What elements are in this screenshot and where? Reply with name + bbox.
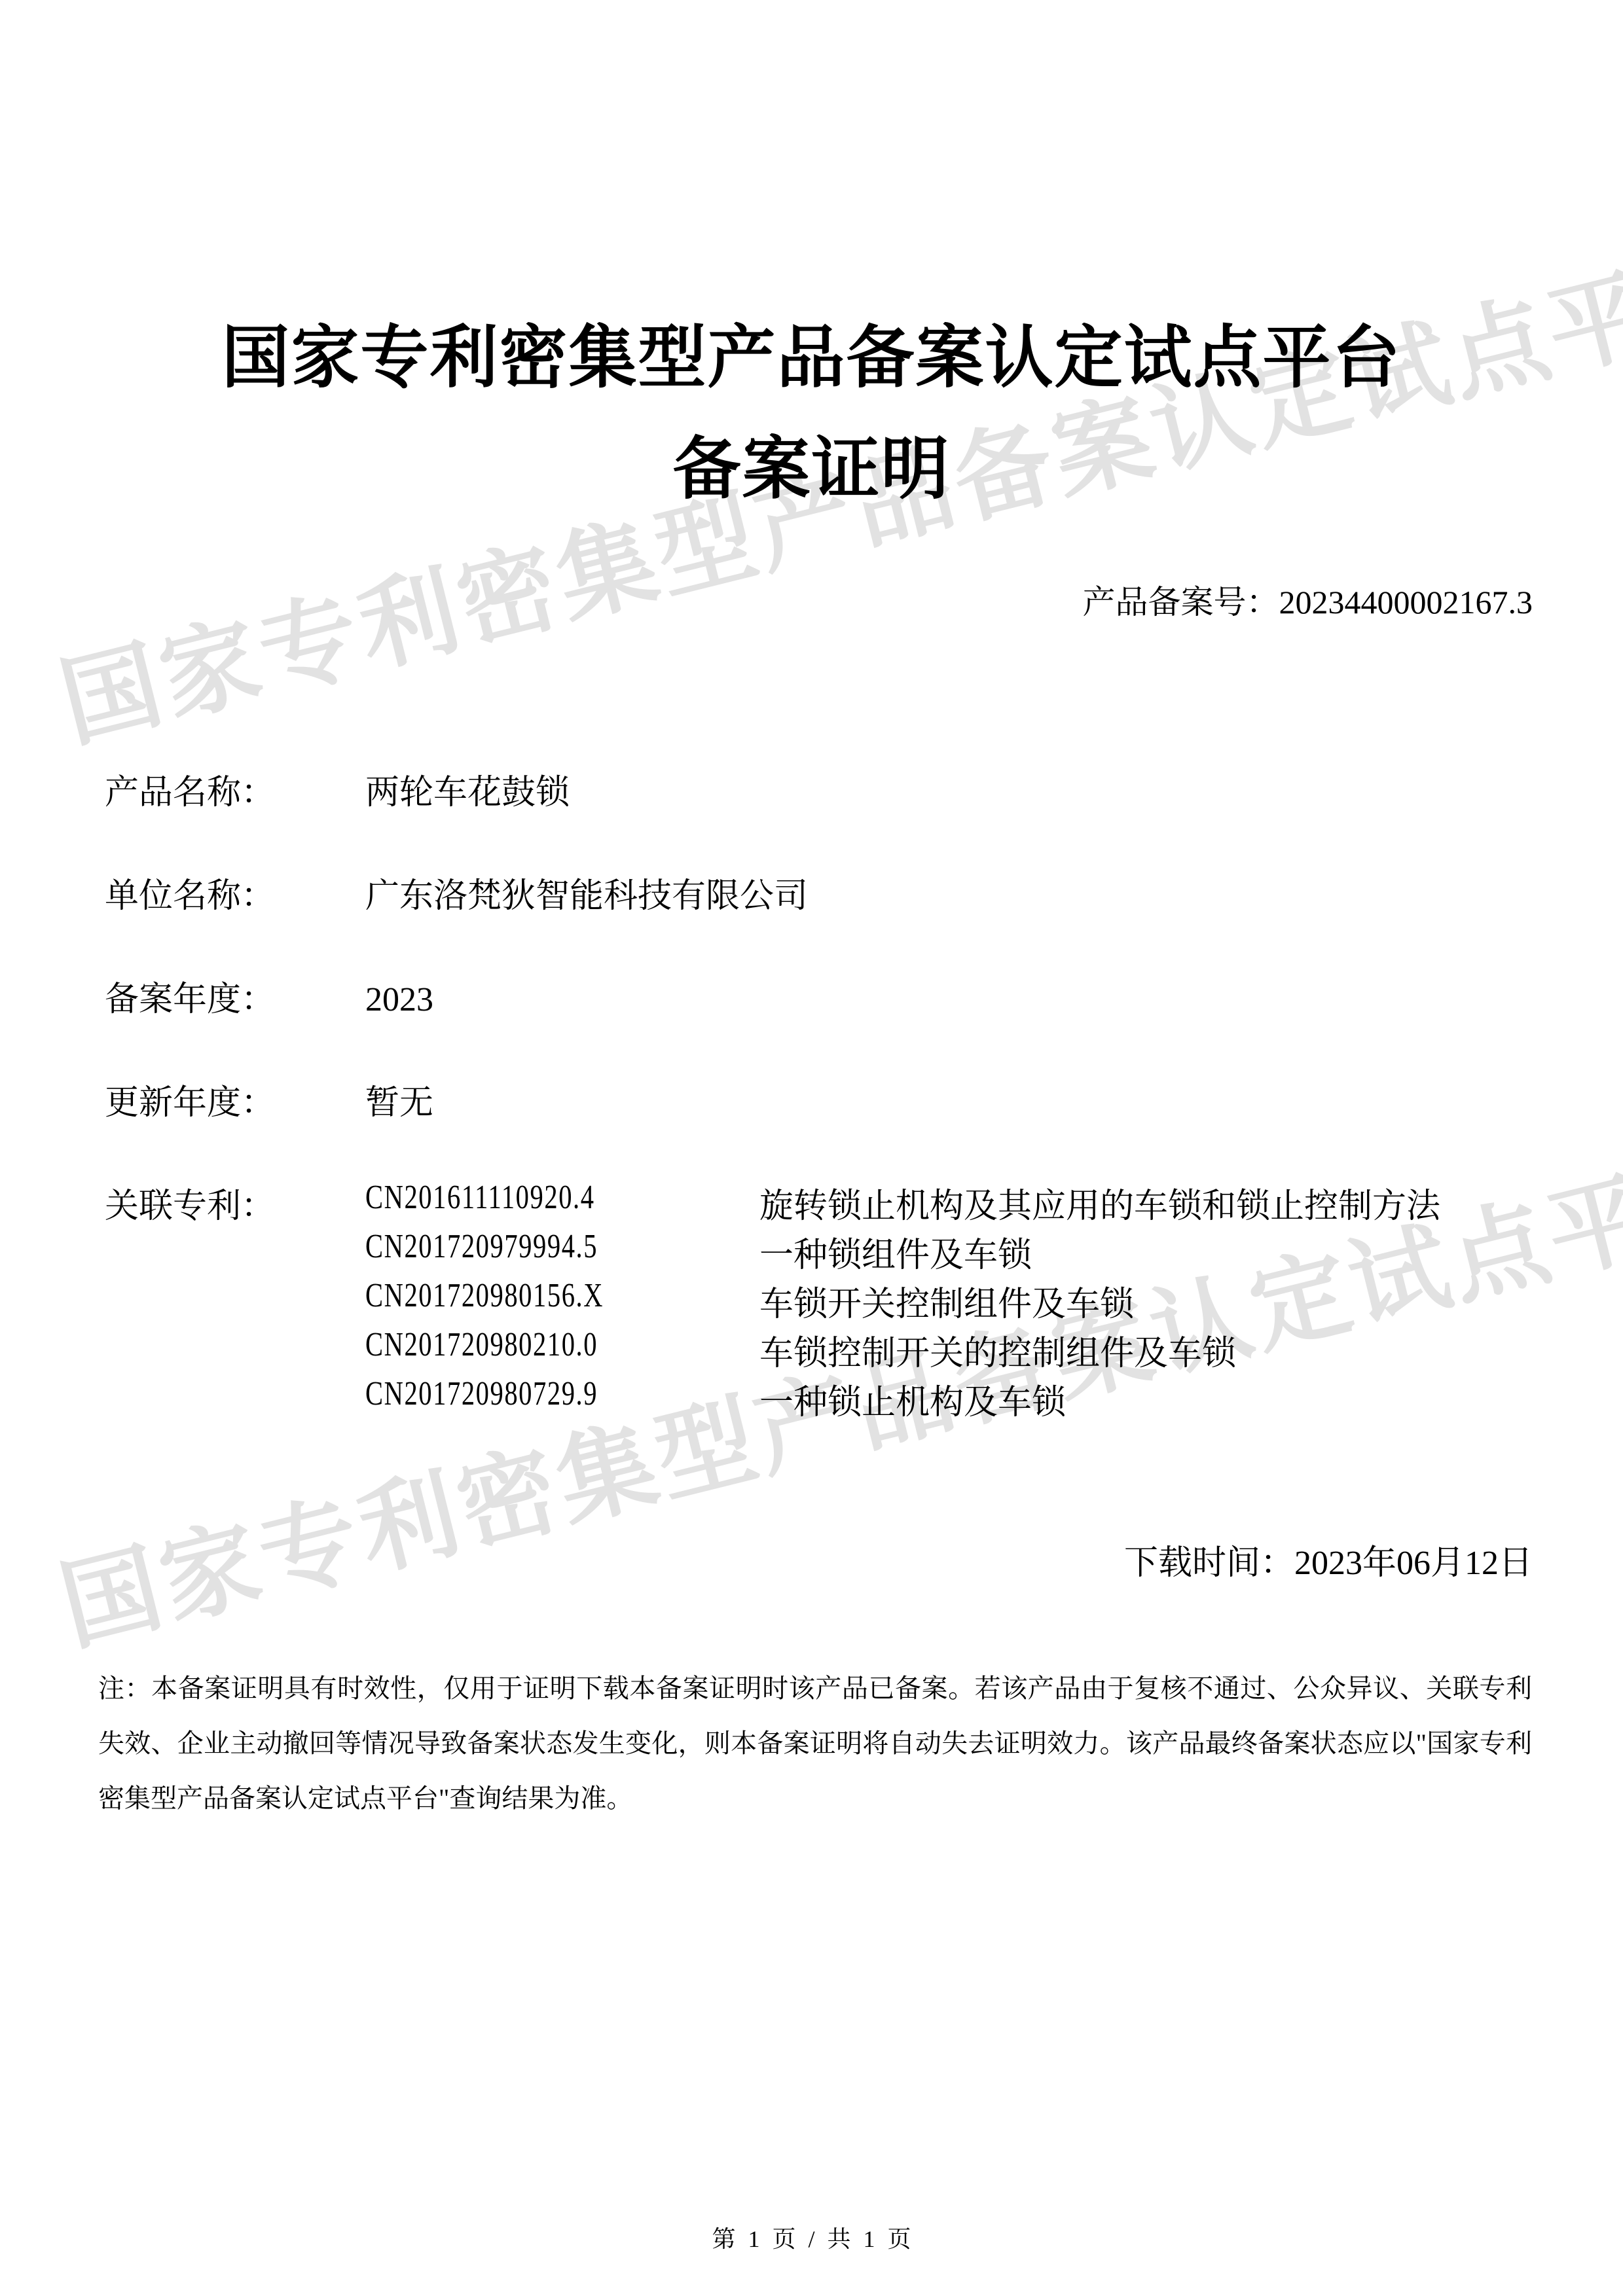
- patent-number: CN201720980210.0: [365, 1325, 672, 1364]
- page-indicator: 第 1 页 / 共 1 页: [0, 2221, 1623, 2254]
- download-time-label: 下载时间：: [1124, 1545, 1294, 1582]
- document-title: 国家专利密集型产品备案认定试点平台: [0, 302, 1623, 401]
- disclaimer-note: 注：本备案证明具有时效性，仅用于证明下载本备案证明时该产品已备案。若该产品由于复…: [98, 1661, 1532, 1826]
- record-number-label: 产品备案号：: [1083, 584, 1279, 620]
- patent-number: CN201720980156.X: [365, 1276, 672, 1315]
- record-number-value: 20234400002167.3: [1279, 584, 1533, 620]
- field-label: 更新年度：: [105, 1075, 365, 1124]
- field-product-name: 产品名称：两轮车花鼓锁: [105, 764, 570, 814]
- record-number: 产品备案号：20234400002167.3: [1083, 576, 1533, 623]
- download-time: 下载时间：2023年06月12日: [1124, 1535, 1533, 1584]
- patent-title: 车锁控制开关的控制组件及车锁: [759, 1325, 1236, 1374]
- patents-label: 关联专利：: [105, 1178, 365, 1227]
- field-update-year: 更新年度：暂无: [105, 1075, 433, 1124]
- field-value: 2023: [365, 981, 433, 1018]
- field-value: 暂无: [365, 1085, 433, 1122]
- field-record-year: 备案年度：2023: [105, 971, 433, 1020]
- field-label: 单位名称：: [105, 868, 365, 917]
- patent-number: CN201720980729.9: [365, 1374, 672, 1413]
- field-label: 产品名称：: [105, 764, 365, 814]
- field-company-name: 单位名称：广东洛梵狄智能科技有限公司: [105, 868, 808, 917]
- download-time-value: 2023年06月12日: [1294, 1545, 1533, 1582]
- patent-title: 一种锁止机构及车锁: [759, 1374, 1066, 1424]
- document-subtitle: 备案证明: [0, 414, 1623, 512]
- patent-number: CN201611110920.4: [365, 1178, 672, 1217]
- field-value: 广东洛梵狄智能科技有限公司: [365, 878, 808, 915]
- field-label: 备案年度：: [105, 971, 365, 1020]
- patent-title: 旋转锁止机构及其应用的车锁和锁止控制方法: [759, 1178, 1440, 1227]
- patent-number: CN201720979994.5: [365, 1227, 672, 1266]
- patent-title: 一种锁组件及车锁: [759, 1227, 1032, 1276]
- field-value: 两轮车花鼓锁: [365, 774, 570, 812]
- patent-title: 车锁开关控制组件及车锁: [759, 1276, 1134, 1325]
